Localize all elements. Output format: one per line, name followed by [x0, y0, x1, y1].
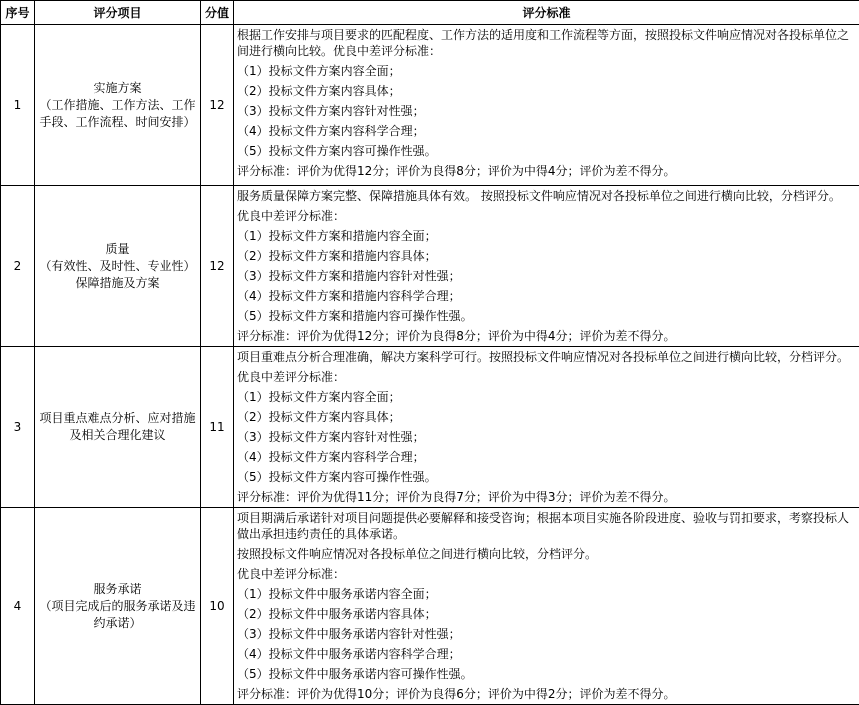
table-row: 3项目重点难点分析、应对措施及相关合理化建议11项目重难点分析合理准确，解决方案…: [1, 347, 859, 508]
row-number: 3: [1, 347, 35, 508]
scoring-item-line: （有效性、及时性、专业性）: [38, 258, 197, 275]
header-scoring-criteria: 评分标准: [234, 1, 859, 25]
score-value: 12: [201, 186, 234, 347]
table-body: 1实施方案（工作措施、工作方法、工作手段、工作流程、时间安排）12根据工作安排与…: [1, 25, 859, 705]
scoring-item-cell: 项目重点难点分析、应对措施及相关合理化建议: [35, 347, 201, 508]
criteria-paragraph: （1）投标文件方案和措施内容全面；: [237, 228, 856, 244]
scoring-item-cell: 质量（有效性、及时性、专业性）保障措施及方案: [35, 186, 201, 347]
criteria-paragraph: （4）投标文件中服务承诺内容科学合理；: [237, 646, 856, 662]
criteria-paragraph: 根据工作安排与项目要求的匹配程度、工作方法的适用度和工作流程等方面，按照投标文件…: [237, 27, 856, 59]
criteria-paragraph: （3）投标文件方案内容针对性强；: [237, 429, 856, 445]
criteria-paragraph: （3）投标文件方案和措施内容针对性强；: [237, 268, 856, 284]
row-number: 2: [1, 186, 35, 347]
criteria-paragraph: （5）投标文件中服务承诺内容可操作性强。: [237, 666, 856, 682]
header-row: 序号 评分项目 分值 评分标准: [1, 1, 859, 25]
score-value: 10: [201, 508, 234, 705]
criteria-paragraph: （2）投标文件方案内容具体；: [237, 83, 856, 99]
scoring-criteria-cell: 服务质量保障方案完整、保障措施具体有效。 按照投标文件响应情况对各投标单位之间进…: [234, 186, 859, 347]
criteria-paragraph: 服务质量保障方案完整、保障措施具体有效。 按照投标文件响应情况对各投标单位之间进…: [237, 188, 856, 204]
criteria-paragraph: 评分标准：评价为优得12分；评价为良得8分；评价为中得4分；评价为差不得分。: [237, 163, 856, 179]
criteria-paragraph: （5）投标文件方案内容可操作性强。: [237, 469, 856, 485]
scoring-item-line: 保障措施及方案: [38, 275, 197, 292]
table-row: 1实施方案（工作措施、工作方法、工作手段、工作流程、时间安排）12根据工作安排与…: [1, 25, 859, 186]
criteria-paragraph: （5）投标文件方案内容可操作性强。: [237, 143, 856, 159]
criteria-paragraph: （3）投标文件方案内容针对性强；: [237, 103, 856, 119]
criteria-paragraph: （4）投标文件方案内容科学合理；: [237, 123, 856, 139]
score-value: 11: [201, 347, 234, 508]
score-value: 12: [201, 25, 234, 186]
row-number: 4: [1, 508, 35, 705]
row-number: 1: [1, 25, 35, 186]
criteria-paragraph: 优良中差评分标准：: [237, 369, 856, 385]
criteria-paragraph: 评分标准：评价为优得11分；评价为良得7分；评价为中得3分；评价为差不得分。: [237, 489, 856, 505]
criteria-paragraph: （1）投标文件方案内容全面；: [237, 389, 856, 405]
criteria-paragraph: （5）投标文件方案和措施内容可操作性强。: [237, 308, 856, 324]
criteria-paragraph: （4）投标文件方案内容科学合理；: [237, 449, 856, 465]
criteria-paragraph: （2）投标文件方案和措施内容具体；: [237, 248, 856, 264]
criteria-paragraph: 优良中差评分标准：: [237, 566, 856, 582]
scoring-item-line: 质量: [38, 241, 197, 258]
criteria-paragraph: 评分标准：评价为优得10分；评价为良得6分；评价为中得2分；评价为差不得分。: [237, 686, 856, 702]
criteria-paragraph: 项目期满后承诺针对项目问题提供必要解释和接受咨询；根据本项目实施各阶段进度、验收…: [237, 510, 856, 542]
criteria-paragraph: （2）投标文件中服务承诺内容具体；: [237, 606, 856, 622]
header-scoring-item: 评分项目: [35, 1, 201, 25]
scoring-item-line: （项目完成后的服务承诺及违约承诺）: [38, 598, 197, 632]
scoring-item-cell: 服务承诺（项目完成后的服务承诺及违约承诺）: [35, 508, 201, 705]
scoring-criteria-cell: 项目期满后承诺针对项目问题提供必要解释和接受咨询；根据本项目实施各阶段进度、验收…: [234, 508, 859, 705]
criteria-paragraph: （4）投标文件方案和措施内容科学合理；: [237, 288, 856, 304]
scoring-item-line: （工作措施、工作方法、工作手段、工作流程、时间安排）: [38, 97, 197, 131]
criteria-paragraph: （3）投标文件中服务承诺内容针对性强；: [237, 626, 856, 642]
scoring-criteria-table: 序号 评分项目 分值 评分标准 1实施方案（工作措施、工作方法、工作手段、工作流…: [0, 0, 859, 705]
scoring-item-line: 服务承诺: [38, 581, 197, 598]
scoring-criteria-cell: 项目重难点分析合理准确，解决方案科学可行。按照投标文件响应情况对各投标单位之间进…: [234, 347, 859, 508]
scoring-item-line: 实施方案: [38, 80, 197, 97]
criteria-paragraph: 项目重难点分析合理准确，解决方案科学可行。按照投标文件响应情况对各投标单位之间进…: [237, 349, 856, 365]
criteria-paragraph: 优良中差评分标准：: [237, 208, 856, 224]
scoring-item-line: 项目重点难点分析、应对措施及相关合理化建议: [38, 410, 197, 444]
scoring-criteria-cell: 根据工作安排与项目要求的匹配程度、工作方法的适用度和工作流程等方面，按照投标文件…: [234, 25, 859, 186]
criteria-paragraph: 按照投标文件响应情况对各投标单位之间进行横向比较，分档评分。: [237, 546, 856, 562]
criteria-paragraph: （2）投标文件方案内容具体；: [237, 409, 856, 425]
criteria-paragraph: （1）投标文件方案内容全面；: [237, 63, 856, 79]
criteria-paragraph: 评分标准：评价为优得12分；评价为良得8分；评价为中得4分；评价为差不得分。: [237, 328, 856, 344]
scoring-item-cell: 实施方案（工作措施、工作方法、工作手段、工作流程、时间安排）: [35, 25, 201, 186]
table-row: 4服务承诺（项目完成后的服务承诺及违约承诺）10项目期满后承诺针对项目问题提供必…: [1, 508, 859, 705]
header-no: 序号: [1, 1, 35, 25]
header-score-value: 分值: [201, 1, 234, 25]
table-row: 2质量（有效性、及时性、专业性）保障措施及方案12服务质量保障方案完整、保障措施…: [1, 186, 859, 347]
criteria-paragraph: （1）投标文件中服务承诺内容全面；: [237, 586, 856, 602]
